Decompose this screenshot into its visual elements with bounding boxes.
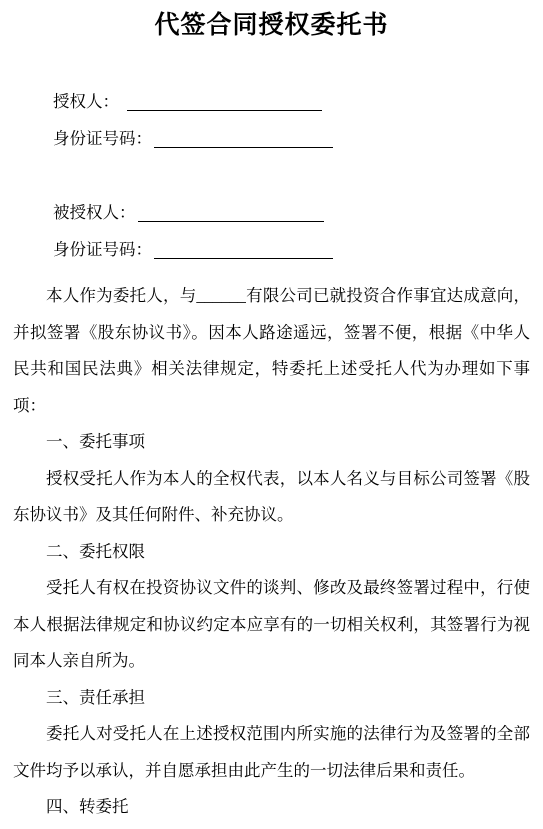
document-page: 代签合同授权委托书 授权人： 身份证号码： 被授权人： 身份证号码： 本人作为委… xyxy=(0,0,543,829)
section-3-heading: 三、责任承担 xyxy=(13,680,530,717)
field-row-authorized-person-id: 身份证号码： xyxy=(13,231,530,268)
authorizer-id-blank-line[interactable] xyxy=(154,147,333,148)
authorized-person-label: 被授权人： xyxy=(53,203,136,222)
spacer xyxy=(13,268,530,278)
authorized-person-id-label: 身份证号码： xyxy=(53,240,152,259)
section-4-heading: 四、转委托 xyxy=(13,789,530,826)
field-row-authorizer-id: 身份证号码： xyxy=(13,120,530,157)
section-3-paragraph: 委托人对受托人在上述授权范围内所实施的法律行为及签署的全部文件均予以承认，并自愿… xyxy=(13,716,530,789)
section-2-heading: 二、委托权限 xyxy=(13,534,530,571)
section-1-heading: 一、委托事项 xyxy=(13,424,530,461)
section-1-paragraph: 授权受托人作为本人的全权代表，以本人名义与目标公司签署《股东协议书》及其任何附件… xyxy=(13,461,530,534)
authorized-person-blank-line[interactable] xyxy=(138,221,324,222)
authorizer-id-label: 身份证号码： xyxy=(53,129,152,148)
field-row-authorized-person: 被授权人： xyxy=(13,194,530,231)
authorized-person-id-blank-line[interactable] xyxy=(154,258,333,259)
field-row-authorizer: 授权人： xyxy=(13,83,530,120)
spacer xyxy=(13,46,530,83)
document-body: 本人作为委托人，与______有限公司已就投资合作事宜达成意向，并拟签署《股东协… xyxy=(13,278,530,826)
section-2-paragraph: 受托人有权在投资协议文件的谈判、修改及最终签署过程中，行使本人根据法律规定和协议… xyxy=(13,570,530,680)
authorizer-blank-line[interactable] xyxy=(127,110,322,111)
authorizer-label: 授权人： xyxy=(53,92,119,111)
spacer xyxy=(13,157,530,194)
intro-paragraph: 本人作为委托人，与______有限公司已就投资合作事宜达成意向，并拟签署《股东协… xyxy=(13,278,530,424)
document-title: 代签合同授权委托书 xyxy=(13,6,530,46)
